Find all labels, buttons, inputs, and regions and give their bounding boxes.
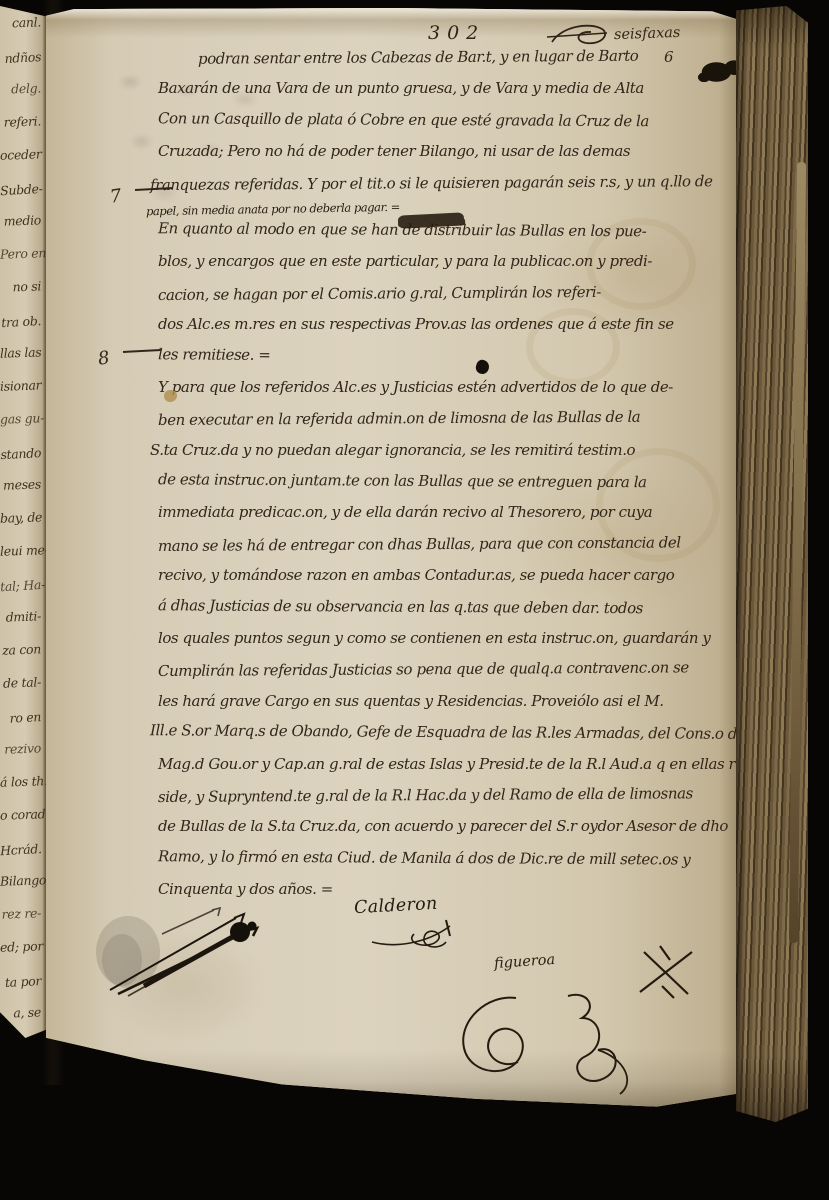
left-page-text-fragment: referi. xyxy=(0,104,46,139)
left-page-text-fragment: rezivo xyxy=(0,731,46,766)
signature-figueroa: figueroa xyxy=(494,952,556,972)
left-page-text-fragment: meses xyxy=(0,467,46,502)
left-page-text-fragment: o corad. xyxy=(0,797,46,832)
book-fore-edge xyxy=(736,6,808,1122)
signature-rubric-icon xyxy=(368,918,464,948)
manuscript-line: Y para que los referidos Alc.es y Justic… xyxy=(146,372,746,403)
left-page-text-fragment: ro en xyxy=(0,700,46,735)
manuscript-line: Cumplirán las referidas Justicias so pen… xyxy=(146,652,746,688)
manuscript-line: les remitiese. = xyxy=(146,339,746,374)
left-page-text-fragment: canl. xyxy=(0,6,46,40)
manuscript-line: de Bullas de la S.ta Cruz.da, con acuerd… xyxy=(146,811,746,842)
manuscript-line: Baxarán de una Vara de un punto gruesa, … xyxy=(146,73,746,104)
manuscript-page: 302 seisfaxas 6 podran sentar entre los … xyxy=(46,8,740,1120)
manuscript-line: blos, y encargos que en este particular,… xyxy=(146,246,746,277)
manuscript-line: les hará grave Cargo en sus quentas y Re… xyxy=(146,686,746,717)
folio-number: 302 xyxy=(428,22,485,44)
left-page-text-fragment: medio xyxy=(0,203,46,238)
left-page-text-fragment: bay, de xyxy=(0,500,46,535)
left-page-text-fragment: stando xyxy=(0,436,46,471)
left-page-text-fragment: tal; Ha- xyxy=(0,568,46,603)
margin-number: 7 xyxy=(109,185,123,207)
left-page-text-fragment: Subde- xyxy=(0,172,46,207)
margin-dash xyxy=(123,349,161,353)
left-page-edge: canl.ndñosdelg.referi.ocederSubde-medioP… xyxy=(0,6,46,1038)
left-page-text-fragment: á los th. xyxy=(0,764,46,799)
manuscript-line: Ramo, y lo firmó en esta Ciud. de Manila… xyxy=(146,841,746,876)
manuscript-line: mano se les há de entregar con dhas Bull… xyxy=(146,527,746,563)
manuscript-line: dos Alc.es m.res en sus respectivas Prov… xyxy=(146,309,746,340)
left-page-text-fragment: gas gu- xyxy=(0,401,46,436)
margin-number: 8 xyxy=(97,347,111,369)
manuscript-line: immediata predicac.on, y de ella darán r… xyxy=(146,497,746,528)
left-page-text-fragment: llas las xyxy=(0,335,46,370)
manuscript-line: podran sentar entre los Cabezas de Bar.t… xyxy=(146,42,746,75)
left-page-text-fragment: Hcrád. xyxy=(0,832,46,867)
signature-flourish-icon xyxy=(448,994,653,1102)
manuscript-line: de esta instruc.on juntam.te con las Bul… xyxy=(146,464,746,499)
manuscript-line: Mag.d Gou.or y Cap.an g.ral de estas Isl… xyxy=(146,749,746,780)
left-page-text-fragment: no si xyxy=(0,269,46,304)
left-page-text-fragment: oceder xyxy=(0,137,46,172)
margin-item-7: 7 xyxy=(110,186,173,207)
margin-dash xyxy=(135,187,173,191)
manuscript-line: á dhas Justicias de su observancia en la… xyxy=(146,590,746,625)
pen-trial-strokes xyxy=(88,890,303,1008)
manuscript-line: S.ta Cruz.da y no puedan alegar ignoranc… xyxy=(146,435,746,466)
manuscript-line: Ill.e S.or Marq.s de Obando, Gefe de Esq… xyxy=(146,715,746,750)
left-page-text-fragment: Bilango xyxy=(0,863,46,898)
left-page-text-fragment: dmiti- xyxy=(0,599,46,634)
left-page-text-fragment: ed; por xyxy=(0,929,46,964)
manuscript-line: Cruzada; Pero no há de poder tener Bilan… xyxy=(146,136,746,167)
left-page-text-fragment: za con xyxy=(0,632,46,667)
body-text: podran sentar entre los Cabezas de Bar.t… xyxy=(146,42,746,906)
margin-item-8: 8 xyxy=(98,348,161,369)
header-annotation: seisfaxas xyxy=(614,25,681,43)
manuscript-line: ben executar en la referida admin.on de … xyxy=(146,401,746,437)
signature-calderon: Calderon xyxy=(354,894,438,918)
left-page-text-fragment: tra ob. xyxy=(0,304,46,339)
left-page-text-fragment: a, se xyxy=(0,995,46,1030)
left-page-text-fragment: rez re- xyxy=(0,896,46,931)
manuscript-line: recivo, y tomándose razon en ambas Conta… xyxy=(146,560,746,591)
left-page-text-fragment: leui me- xyxy=(0,533,46,568)
manuscript-line: Con un Casquillo de plata ó Cobre en que… xyxy=(146,103,746,138)
left-page-text-fragment: isionar xyxy=(0,368,46,403)
left-page-text-fragment: de tal- xyxy=(0,665,46,700)
manuscript-line: side, y Supryntend.te g.ral de la R.l Ha… xyxy=(146,778,746,814)
left-page-text-fragment: delg. xyxy=(0,71,46,106)
left-page-text-fragment: ta por xyxy=(0,964,46,999)
manuscript-line: los quales puntos segun y como se contie… xyxy=(146,623,746,654)
left-page-text-fragment: ndños xyxy=(0,40,46,75)
manuscript-line: cacion, se hagan por el Comis.ario g.ral… xyxy=(146,276,746,312)
left-page-text-fragment: Pero en xyxy=(0,236,46,271)
manuscript-photo: canl.ndñosdelg.referi.ocederSubde-medioP… xyxy=(0,0,829,1200)
